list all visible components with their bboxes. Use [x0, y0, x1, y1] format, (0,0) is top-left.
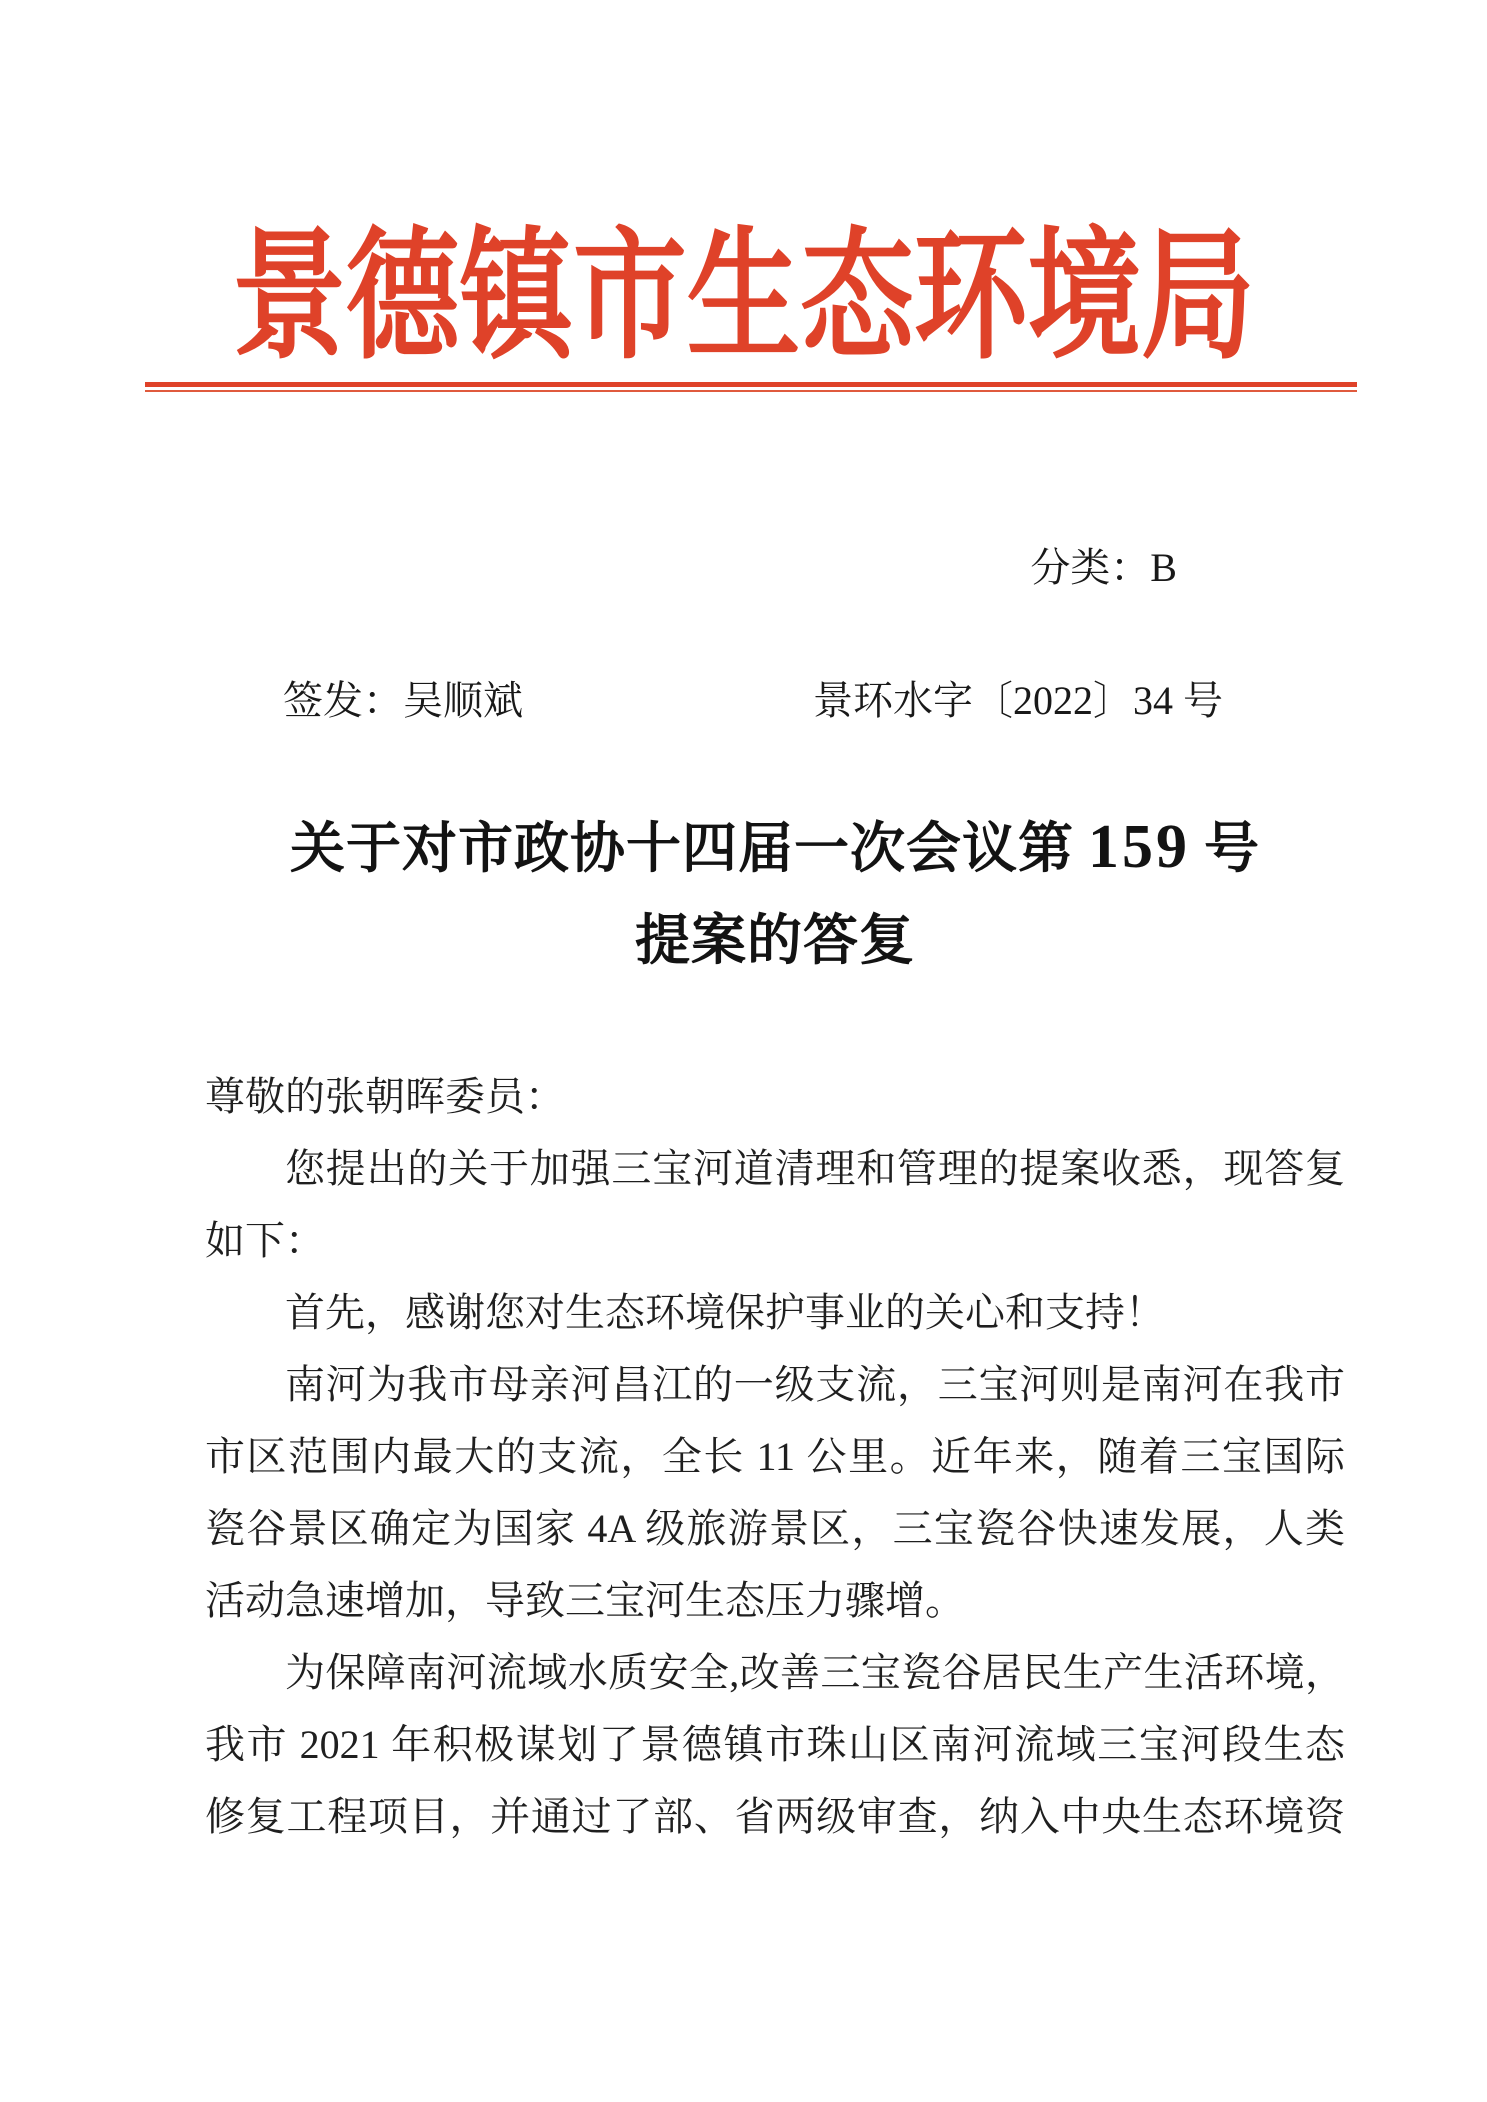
document-title: 关于对市政协十四届一次会议第159号 提案的答复 — [205, 801, 1345, 987]
document-title-line1: 关于对市政协十四届一次会议第159号 — [205, 801, 1345, 895]
meta-row: 签发：吴顺斌 景环水字〔2022〕34 号 — [205, 673, 1345, 729]
body-line: 我市 2021 年积极谋划了景德镇市珠山区南河流域三宝河段生态 — [205, 1709, 1345, 1781]
issuer-label: 签发：吴顺斌 — [283, 673, 523, 729]
document-number: 景环水字〔2022〕34 号 — [813, 673, 1223, 729]
letterhead-rule-thin — [145, 390, 1357, 392]
body-line: 您提出的关于加强三宝河道清理和管理的提案收悉，现答复 — [205, 1133, 1345, 1205]
body-line: 活动急速增加，导致三宝河生态压力骤增。 — [205, 1565, 1345, 1637]
agency-letterhead-title: 景德镇市生态环境局 — [149, 222, 1339, 372]
title-text-prefix: 关于对市政协十四届一次会议第 — [290, 818, 1074, 879]
body-line-salutation: 尊敬的张朝晖委员： — [205, 1061, 1345, 1133]
letterhead-rule-thick — [145, 382, 1357, 387]
title-text-suffix: 号 — [1204, 818, 1260, 879]
body-line: 南河为我市母亲河昌江的一级支流，三宝河则是南河在我市 — [205, 1349, 1345, 1421]
letter-body: 尊敬的张朝晖委员： 您提出的关于加强三宝河道清理和管理的提案收悉，现答复 如下：… — [205, 1061, 1345, 1853]
body-line: 首先，感谢您对生态环境保护事业的关心和支持！ — [205, 1277, 1345, 1349]
document-title-line2: 提案的答复 — [205, 895, 1345, 987]
proposal-number: 159 — [1088, 813, 1190, 881]
body-line: 为保障南河流域水质安全,改善三宝瓷谷居民生产生活环境， — [205, 1637, 1345, 1709]
body-line: 瓷谷景区确定为国家 4A 级旅游景区，三宝瓷谷快速发展，人类 — [205, 1493, 1345, 1565]
content-column: 分类：B 签发：吴顺斌 景环水字〔2022〕34 号 关于对市政协十四届一次会议… — [205, 540, 1345, 1853]
document-page: 景德镇市生态环境局 分类：B 签发：吴顺斌 景环水字〔2022〕34 号 关于对… — [0, 0, 1487, 2102]
classification-label: 分类：B — [205, 540, 1345, 596]
body-line: 修复工程项目，并通过了部、省两级审查，纳入中央生态环境资 — [205, 1781, 1345, 1853]
body-line: 市区范围内最大的支流，全长 11 公里。近年来，随着三宝国际 — [205, 1421, 1345, 1493]
body-line: 如下： — [205, 1205, 1345, 1277]
